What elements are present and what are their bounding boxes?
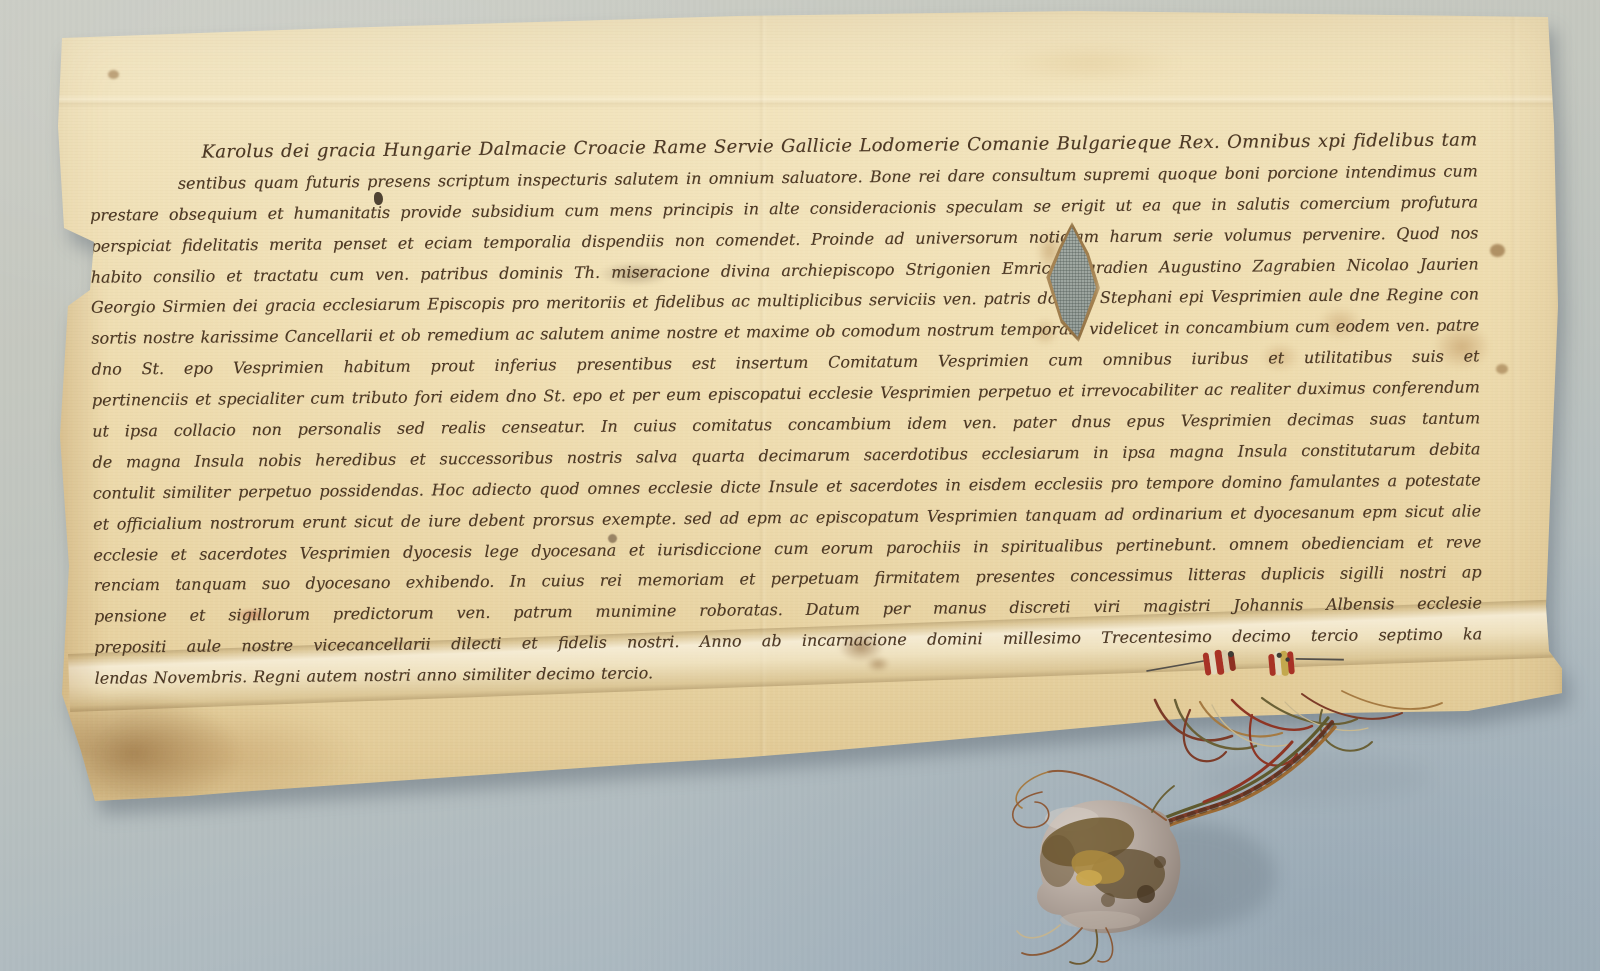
- wax-seal: [1037, 800, 1180, 933]
- seal-and-cords: [0, 0, 1600, 971]
- cord-knot-right: [1268, 646, 1345, 677]
- cord-knot-left: [1145, 647, 1237, 685]
- photo-of-medieval-charter: Karolus dei gracia Hungarie Dalmacie Cro…: [0, 0, 1600, 971]
